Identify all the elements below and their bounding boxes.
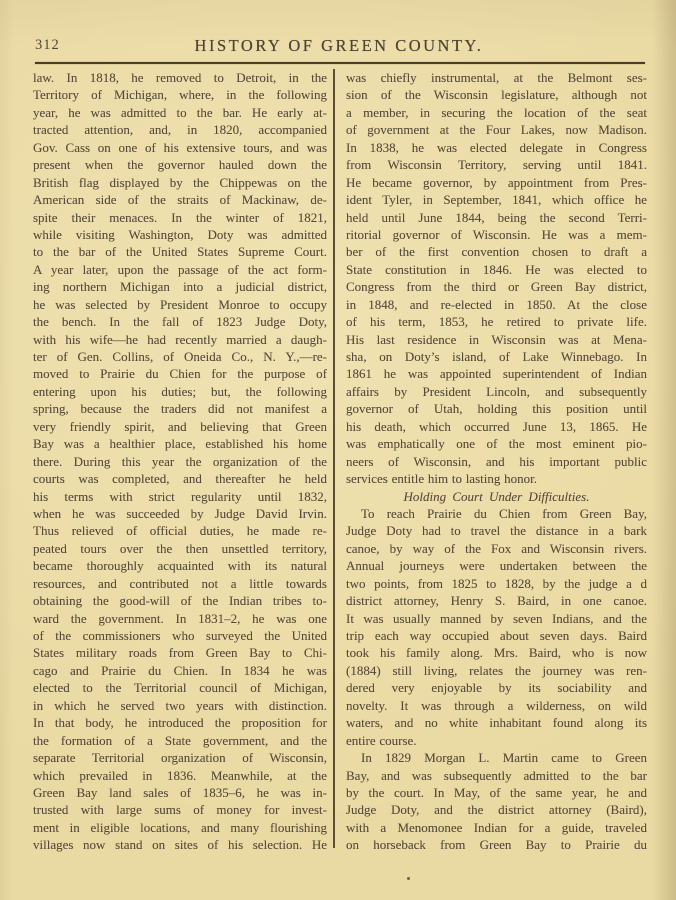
header-rule (35, 62, 645, 64)
text-line: while visiting Washington, Doty was admi… (33, 226, 327, 243)
text-line: the formation of a State government, and… (33, 732, 327, 749)
text-line: villages now stand on sites of his selec… (33, 836, 327, 853)
text-line: when he was succeeded by Judge David Irv… (33, 505, 327, 522)
text-line: neers of Wisconsin, and his important pu… (346, 453, 647, 470)
text-line: law. In 1818, he removed to Detroit, in … (33, 69, 327, 86)
text-line: moved to Prairie du Chien for the purpos… (33, 365, 327, 382)
text-line: Judge Doty had to travel the distance in… (346, 522, 647, 539)
text-line: affairs by President Lincoln, and subseq… (346, 383, 647, 400)
page-title: HISTORY OF GREEN COUNTY. (33, 36, 645, 56)
text-line: novelty. It was through a wilderness, on… (346, 697, 647, 714)
text-line: his death, which occurred June 13, 1865.… (346, 418, 647, 435)
text-line: with his wife—he had recently married a … (33, 331, 327, 348)
text-line: took his family along. Mrs. Baird, who i… (346, 644, 647, 661)
text-line: in 1848, and re-elected in 1850. At the … (346, 296, 647, 313)
text-line: present when the governor hauled down th… (33, 156, 327, 173)
text-line: ident Tyler, in September, 1841, which o… (346, 191, 647, 208)
text-line: there. During this year the organization… (33, 453, 327, 470)
text-line: his terms with strict regularity until 1… (33, 488, 327, 505)
text-line: two points, from 1825 to 1828, by the ju… (346, 575, 647, 592)
right-column: was chiefly instrumental, at the Belmont… (346, 69, 647, 854)
text-line: It was usually manned by seven Indians, … (346, 610, 647, 627)
text-line: he was selected by President Monroe to o… (33, 296, 327, 313)
text-line: He became governor, by appointment from … (346, 174, 647, 191)
text-line: Thus relieved of official duties, he mad… (33, 522, 327, 539)
text-line: Gov. Cass on one of his extensive tours,… (33, 139, 327, 156)
text-line: obtaining the good-will of the Indian tr… (33, 592, 327, 609)
text-line: Annual journeys were undertaken between … (346, 557, 647, 574)
text-line: peated tours over the then unsettled ter… (33, 540, 327, 557)
text-line: Bay, and was subsequently admitted to th… (346, 767, 647, 784)
text-line: a member, in securing the location of th… (346, 104, 647, 121)
text-line: elected to the Territorial council of Mi… (33, 679, 327, 696)
text-line: Congress from the third or Green Bay dis… (346, 278, 647, 295)
text-line: by the court. In May, of the same year, … (346, 784, 647, 801)
text-line: district attorney, Henry S. Baird, in on… (346, 592, 647, 609)
text-line: canoe, by way of the Fox and Wisconsin r… (346, 540, 647, 557)
text-line: ritorial governor of Wisconsin. He was a… (346, 226, 647, 243)
text-line: ward the government. In 1831–2, he was o… (33, 610, 327, 627)
text-line: Bay was a healthier place, established h… (33, 435, 327, 452)
text-line: sion of the Wisconsin legislature, altho… (346, 86, 647, 103)
text-line: His last residence in Wisconsin was at M… (346, 331, 647, 348)
text-line: to the bar of the United States Supreme … (33, 243, 327, 260)
text-line: Green Bay land sales of 1835–6, he was i… (33, 784, 327, 801)
text-line: governor of Utah, holding this position … (346, 400, 647, 417)
running-head: 312 HISTORY OF GREEN COUNTY. (33, 36, 645, 56)
column-divider (333, 69, 335, 848)
text-line: spring, because the traders did not mani… (33, 400, 327, 417)
text-line: courts was completed, and thereafter he … (33, 470, 327, 487)
text-line: became thoroughly acquainted with its na… (33, 557, 327, 574)
text-line: services entitle him to lasting honor. (346, 470, 647, 487)
text-line: ter of Gen. Collins, of Oneida Co., N. Y… (33, 348, 327, 365)
text-line: with a Menomonee Indian for a guide, tra… (346, 819, 647, 836)
text-line: sha, on Doty’s island, of Lake Winnebago… (346, 348, 647, 365)
text-line: 1861 he was appointed superintendent of … (346, 365, 647, 382)
text-line: entering upon his duties; but, the follo… (33, 383, 327, 400)
text-line: State constitution in 1846. He was elect… (346, 261, 647, 278)
text-line: American side of the straits of Mackinaw… (33, 191, 327, 208)
text-line: from Wisconsin Territory, serving until … (346, 156, 647, 173)
text-line: held until June 1844, being the second T… (346, 209, 647, 226)
text-line: was emphatically one of the most eminent… (346, 435, 647, 452)
text-line: In 1838, he was elected delegate in Cong… (346, 139, 647, 156)
text-line: States military roads from Green Bay to … (33, 644, 327, 661)
text-line: of his term, 1853, he retired to private… (346, 313, 647, 330)
text-line: ing northern Michigan into a judicial di… (33, 278, 327, 295)
text-line: dered very enjoyable by its sociability … (346, 679, 647, 696)
text-line: year, he was admitted to the bar. He ear… (33, 104, 327, 121)
section-heading: Holding Court Under Difficulties. (346, 488, 647, 505)
text-line: (1884) still living, relates the journey… (346, 662, 647, 679)
text-line: of the commissioners who surveyed the Un… (33, 627, 327, 644)
text-line: tracted attention, and, in 1820, accompa… (33, 121, 327, 138)
book-page: 312 HISTORY OF GREEN COUNTY. law. In 181… (0, 0, 676, 900)
text-line: ber of the first convention chosen to dr… (346, 243, 647, 260)
text-line: resources, and contributed not a little … (33, 575, 327, 592)
text-line: To reach Prairie du Chien from Green Bay… (346, 505, 647, 522)
text-line: trip each way occupied about seven days.… (346, 627, 647, 644)
text-line: cago and Prairie du Chien. In 1834 he wa… (33, 662, 327, 679)
text-line: separate Territorial organization of Wis… (33, 749, 327, 766)
left-column: law. In 1818, he removed to Detroit, in … (33, 69, 327, 854)
text-line: in which he served two years with distin… (33, 697, 327, 714)
text-line: of government at the Four Lakes, now Mad… (346, 121, 647, 138)
text-line: waters, and no white inhabitant found al… (346, 714, 647, 731)
text-line: Judge Doty, and the district attorney (B… (346, 801, 647, 818)
text-line: on horseback from Green Bay to Prairie d… (346, 836, 647, 853)
text-line: spite their menaces. In the winter of 18… (33, 209, 327, 226)
text-line: Territory of Michigan, where, in the fol… (33, 86, 327, 103)
text-line: A year later, upon the passage of the ac… (33, 261, 327, 278)
text-line: trusted with large sums of money for inv… (33, 801, 327, 818)
text-line: In that body, he introduced the proposit… (33, 714, 327, 731)
text-line: was chiefly instrumental, at the Belmont… (346, 69, 647, 86)
text-line: British flag displayed by the Chippewas … (33, 174, 327, 191)
text-line: which prevailed in 1836. Meanwhile, at t… (33, 767, 327, 784)
text-line: ment in eligible locations, and many flo… (33, 819, 327, 836)
text-line: the bench. In the fall of 1823 Judge Dot… (33, 313, 327, 330)
text-line: very friendly spirit, and believing that… (33, 418, 327, 435)
ink-speck (407, 877, 410, 880)
text-line: entire course. (346, 732, 647, 749)
text-line: In 1829 Morgan L. Martin came to Green (346, 749, 647, 766)
